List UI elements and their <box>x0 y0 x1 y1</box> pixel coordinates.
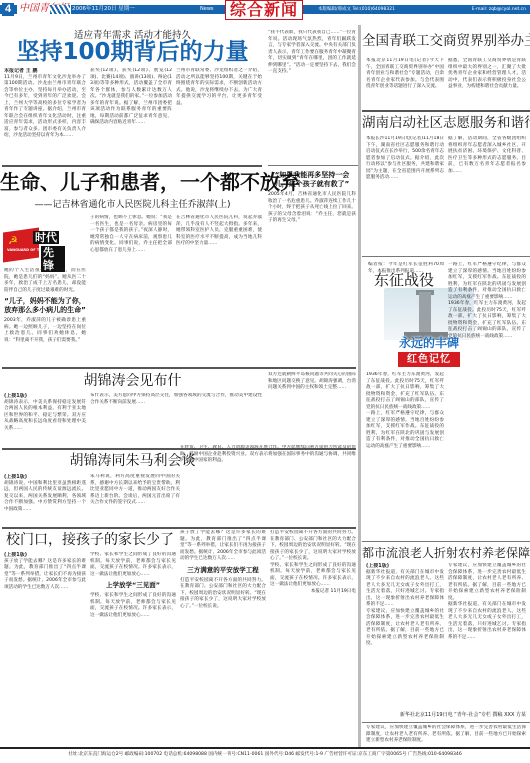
editor-line: 本版编辑/邢成文 Tel:(010)64098321 <box>318 5 395 14</box>
youth100-headline: 坚持100期背后的力量 <box>0 39 265 65</box>
footer-rule <box>0 747 530 749</box>
youth100-col3: 兰州市青联常委、沙龙组织者之一介绍，活动之所以能够坚持100期，关键在于始终围绕… <box>176 68 262 146</box>
youth100-col1: 本报记者 王 鹏 11月9日，兰州市青年文化沙龙举办了第100期活动。沙龙由兰州… <box>4 68 86 146</box>
youth-federation-headline: 全国青联工交商贸界别举办主题活动 <box>362 32 530 50</box>
school-gate-subsection: 上学放学“三见面” <box>90 581 176 590</box>
school-gate-headline: 校门口，接孩子的家长少了 <box>0 531 180 549</box>
agri-insurance-col1: (上接1版) 据新华社报道，有关部门在城市中发现了不少来自农村的流浪老人。这些老… <box>366 563 444 713</box>
divider <box>2 165 262 167</box>
divider <box>2 367 356 369</box>
doctor-col4: “如果我能再多坚持一会儿，这个孩子就有救了” 2005年4月，吉林省通化市人民医… <box>268 168 356 363</box>
column-separator <box>358 25 361 747</box>
hunan-headline: 湖南启动社区志愿服务和谐行动 <box>362 114 530 132</box>
hu-bush-col3: 双方还就朝鲜半岛核问题等共同关心的国际和地区问题交换了意见。胡锦涛强调，台湾问题… <box>268 372 356 445</box>
youth-federation-col2: 据悉，全国青联工交商贸界别是青联组织中最大的界别之一，汇聚了大批优秀青年企业家和… <box>448 58 526 104</box>
school-gate-col4: 打造平安校园离不开各方面的共同努力。在教育部门、公安部门和社区的大力配合下，校园… <box>270 530 356 747</box>
agri-insurance-col2: 专家建议，应加快建立覆盖城乡的社会保障体系，进一步完善农村最低生活保障制度，让农… <box>448 563 526 713</box>
doctor-headline: 生命、儿子和患者，一个都不放弃 <box>0 170 265 194</box>
school-gate-col2: 学校、家长和学生之间形成了良好的沟通机制。每天放学前，老师都会与家长见面，交流孩… <box>90 552 176 747</box>
school-gate-byline: 本报记者 11月19日电 <box>270 589 356 596</box>
issue-date: 2006年11月20日 星期一 <box>72 5 135 14</box>
school-gate-subsection-2: 三方满意的平安放学工程 <box>180 566 266 575</box>
youth100-col4: “我不代表谁，我只代表我自己……”一位青年说。活动现场气氛热烈，青年们踊跃发言，… <box>268 30 356 158</box>
divider <box>362 110 530 112</box>
news-label: News <box>200 5 214 14</box>
doctor-col2: 子的病情，也顾不上休息。她说：“我是一名医生，也是一名母亲。病房里的每一个孩子都… <box>90 215 172 363</box>
hu-bush-col1: (上接1版) 胡锦涛表示，中美关系保持稳定发展符合两国人民的根本利益，有利于亚太… <box>4 393 86 445</box>
long-march-headline: 东征战役 <box>362 270 446 290</box>
doctor-col3: 在吉林省通化市人民医院儿科，说起乔淑萍，几乎没有人不竖起大拇指。多年来，她带领科… <box>176 215 262 363</box>
agri-insurance-byline: 新华社北京11月19日电 “青年·社会”专栏 撰稿 XXX 方某 <box>366 712 526 719</box>
youth100-col2: 获奖(12项)、获奖(12项)、展览(12项)、比赛(14项)、演讲(13项)、… <box>90 68 172 146</box>
hunan-col2: 据了解，活动期间，全省各级团组织将组织青年志愿者深入城乡社区，开展扶贫济困、环境… <box>448 136 526 252</box>
monument-icon <box>419 292 431 336</box>
school-gate-col3: 孩子放了学能去哪？这是许多家长的难题。为此，教育部门推出了“四点半课堂”等一系列… <box>180 530 266 747</box>
divider <box>362 256 530 257</box>
section-title: 综合新闻 <box>225 0 303 20</box>
vanguard-badge: ☭ VANGUARD OF THE TIMES 时代 先锋 <box>3 230 65 264</box>
agri-insurance-headline: 都市流浪老人折射农村养老保障之忧 <box>362 545 530 561</box>
bottom-right-brief: 专家建议，应加快建立覆盖城乡的社会保障体系，进一步完善农村最低生活保障制度，让农… <box>366 725 526 745</box>
page-number: 4 <box>2 3 14 16</box>
footer-info: 社址:北京东直门海运仓2号 邮政编码:100702 电话总机:64098088 … <box>0 750 530 763</box>
hu-bush-col2: 布什表示，美方愿同中方保持高层交往，加强各领域的交流与合作，推动美中建设性合作关… <box>90 393 262 445</box>
doctor-subhead: ——记吉林省通化市人民医院儿科主任乔淑萍(上) <box>0 197 265 210</box>
hu-zuma-col1: (上接1版) 胡锦涛说，中国和利比里亚虽然相距遥远，但两国人民的传统友谊源远流长… <box>4 474 86 523</box>
hu-zuma-col2: 朱马利说，利方高度重视发展同中国的关系，感谢中方长期以来给予的宝贵帮助。利比里亚… <box>90 474 180 523</box>
hu-bush-headline: 胡锦涛会见布什 <box>0 372 265 390</box>
divider <box>268 165 358 166</box>
badge-line1: 时代 <box>33 231 59 244</box>
email-contact: E-mail: zqb@cyol.net.cn <box>472 5 526 14</box>
long-march-col1: 1936年春，红军主力东渡黄河，发起了东征战役。此役历时75天，红军歼敌一部，扩… <box>366 372 444 537</box>
long-march-col2: 一路上，红军严格遵守纪律，与群众建立了深厚的感情。当地百姓纷纷参加红军，支援红军… <box>448 262 526 537</box>
masthead: 4 中国青年报 2006年11月20日 星期一 综合新闻 News 本版编辑/邢… <box>0 0 530 20</box>
divider <box>362 722 530 723</box>
doctor-quote2: “如果我能再多坚持一会儿，这个孩子就有救了” <box>268 171 356 189</box>
hu-zuma-col3: 在经贸、卫生、教育、人力资源等领域开展合作。中方愿继续向利方提供力所能及的帮助，… <box>180 445 356 523</box>
divider <box>362 541 530 542</box>
hammer-sickle-icon: ☭ <box>8 235 18 246</box>
decorative-slashes <box>50 5 70 14</box>
doctor-col1: 她的个人生活很少被人提起，而在医院，她是患儿们的“妈妈”。她从医二十多年，救治了… <box>4 268 86 363</box>
divider <box>2 527 356 529</box>
hunan-col1: 本报长沙11月19日电(记者)11月18日下午，湖南省社区志愿服务和谐行动启动仪… <box>366 136 444 252</box>
school-gate-col1: (上接1版) 孩子放了学能去哪？这是许多家长的难题。为此，教育部门推出了“四点半… <box>4 552 86 747</box>
doctor-quote1: “儿子，妈妈不能为了你，放弃那么多小病儿的生命” <box>4 297 86 315</box>
youth-federation-col1: 本报北京11月19日电(记者)今天下午，全国青联工交商贸界别举办“中国青年创业与… <box>366 58 444 104</box>
